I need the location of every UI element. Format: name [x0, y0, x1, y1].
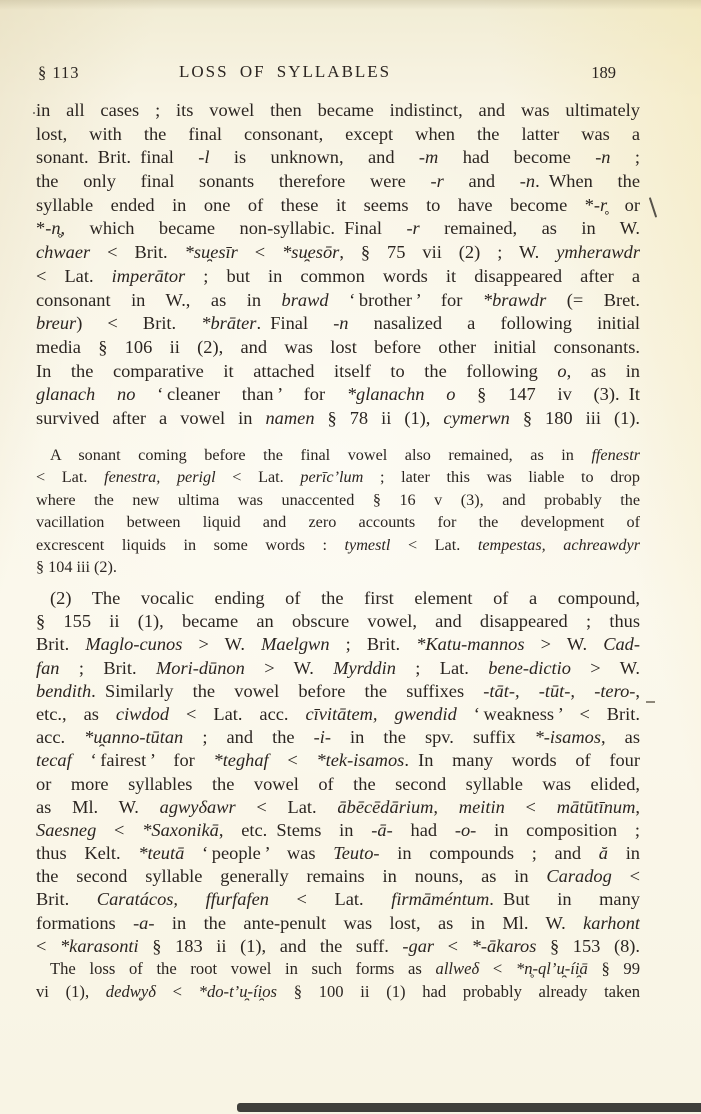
text-line: tecaf ‘ fairest ’ for *teghaf < *tek-isa…	[36, 749, 640, 772]
text-line: the second syllable generally remains in…	[36, 865, 640, 888]
text-run: The loss of the root vowel in such forms…	[50, 959, 436, 978]
text-run: . Similarly the vowel before the suffixe…	[91, 681, 483, 701]
text-run: A sonant coming before the final vowel a…	[50, 446, 591, 464]
text-line: vacillation between liquid and zero acco…	[36, 511, 640, 533]
italic-text-run: *glanachn o	[347, 384, 456, 404]
text-run: § 100 ii (1) had probably already taken	[277, 982, 640, 1001]
text-run: < Brit.	[90, 242, 185, 262]
italic-text-run: tempestas, achreawdyr	[478, 536, 640, 554]
text-line: sonant. Brit. final -l is unknown, and -…	[36, 146, 640, 170]
text-run: is unknown, and	[210, 147, 419, 167]
text-run: <	[479, 959, 516, 978]
text-run: vi (1),	[36, 982, 106, 1001]
text-run: in the spv. suffix	[331, 727, 535, 747]
text-run: acc.	[36, 727, 84, 747]
text-line: syllable ended in one of these it seems …	[36, 194, 640, 218]
text-line: where the new ultima was unaccented § 16…	[36, 489, 640, 511]
text-line: fan ; Brit. Mori-dūnon > W. Myrddin ; La…	[36, 657, 640, 680]
stray-dot-mark	[33, 112, 35, 114]
para-2: A sonant coming before the final vowel a…	[36, 444, 640, 578]
italic-text-run: -l	[198, 147, 209, 167]
text-run: <	[156, 982, 199, 1001]
italic-text-run: brawd	[282, 290, 329, 310]
italic-text-run: namen	[265, 408, 314, 428]
italic-text-run: Myrddin	[333, 658, 396, 678]
italic-text-run: -r̥	[594, 195, 607, 215]
text-line: media § 106 ii (2), and was lost before …	[36, 336, 640, 360]
italic-text-run: *n̥-ql’u̯-íi̯ā	[516, 959, 588, 978]
italic-text-run: dedw̥yδ	[106, 982, 156, 1001]
italic-text-run: -r	[430, 171, 443, 191]
text-line: in all cases ; its vowel then became ind…	[36, 99, 640, 123]
text-run: ‘ fairest ’ for	[72, 750, 214, 770]
italic-text-run: *Saxonikā	[142, 820, 219, 840]
text-line: the only final sonants therefore were -r…	[36, 170, 640, 194]
text-run: formations	[36, 913, 133, 933]
text-run: > W.	[571, 658, 640, 678]
text-run: ‘ cleaner than ’ for	[135, 384, 346, 404]
text-run: sonant. Brit. final	[36, 147, 198, 167]
text-line: (2) The vocalic ending of the first elem…	[36, 587, 640, 610]
italic-text-run: allweδ	[436, 959, 480, 978]
text-run: as Ml. W.	[36, 797, 160, 817]
text-run: thus Kelt.	[36, 843, 138, 863]
text-run: in all cases ; its vowel then became ind…	[36, 100, 640, 120]
text-run: <	[505, 797, 557, 817]
italic-text-run: ymherawdr	[556, 242, 640, 262]
text-run: ‘ people ’ was	[184, 843, 333, 863]
italic-text-run: cīvitātem, gwendid	[305, 704, 456, 724]
italic-text-run: *teutā	[138, 843, 184, 863]
text-run: in the ante-penult was lost, as in Ml. W…	[155, 913, 584, 933]
text-run: remained, as in W.	[420, 218, 640, 238]
text-run: > W.	[182, 634, 261, 654]
text-line: Saesneg < *Saxonikā, etc. Stems in -ā- h…	[36, 819, 640, 842]
text-run: <	[434, 936, 472, 956]
text-run: etc., as	[36, 704, 116, 724]
text-line: breur) < Brit. *brāter. Final -n nasaliz…	[36, 312, 640, 336]
text-run: ; and the	[183, 727, 313, 747]
text-run: lost, with the final consonant, except w…	[36, 124, 640, 144]
text-run: ; Brit.	[330, 634, 417, 654]
text-line: or more syllables the vowel of the secon…	[36, 773, 640, 796]
text-run: § 104 iii (2).	[36, 558, 117, 576]
italic-text-run: Mori-dūnon	[156, 658, 245, 678]
text-run: <	[612, 866, 640, 886]
text-run: ,	[635, 797, 640, 817]
italic-text-run: *Katu-mannos	[416, 634, 524, 654]
italic-text-run: Saesneg	[36, 820, 96, 840]
text-run: <	[269, 750, 317, 770]
text-run: (= Bret.	[546, 290, 640, 310]
text-run: ,	[635, 681, 640, 701]
stray-slash-mark	[649, 197, 657, 217]
italic-text-run: karhont	[583, 913, 640, 933]
italic-text-run: -tāt-, -tūt-, -tero-	[483, 681, 635, 701]
italic-text-run: *brawdr	[483, 290, 546, 310]
italic-text-run: ciwdod	[116, 704, 169, 724]
italic-text-run: tymestl	[345, 536, 391, 554]
text-line: vi (1), dedw̥yδ < *do-t’u̯-íi̯os § 100 i…	[36, 980, 640, 1003]
text-run: § 180 iii (1).	[510, 408, 640, 428]
italic-text-run: *brāter	[201, 313, 256, 333]
text-run: had	[393, 820, 455, 840]
italic-text-run: Maglo-cunos	[85, 634, 182, 654]
text-run: , as	[601, 727, 640, 747]
italic-text-run: Caratácos, ffurfafen	[97, 889, 269, 909]
para-3: (2) The vocalic ending of the first elem…	[36, 587, 640, 958]
text-run: > W.	[245, 658, 333, 678]
text-run: . Final	[256, 313, 333, 333]
italic-text-run: perīc’lum	[300, 468, 363, 486]
text-run: *	[36, 218, 45, 238]
text-run: consonant in W., as in	[36, 290, 282, 310]
italic-text-run: Teuto-	[333, 843, 379, 863]
text-line: thus Kelt. *teutā ‘ people ’ was Teuto- …	[36, 842, 640, 865]
text-line: < Lat. imperātor ; but in common words i…	[36, 265, 640, 289]
text-run: § 78 ii (1),	[315, 408, 444, 428]
text-line: formations -a- in the ante-penult was lo…	[36, 912, 640, 935]
text-run: in composition ;	[476, 820, 640, 840]
text-run: < Lat.	[36, 266, 112, 286]
text-run: , as in	[567, 361, 640, 381]
italic-text-run: -n̥	[45, 218, 60, 238]
text-line: § 104 iii (2).	[36, 556, 640, 578]
text-run: ) < Brit.	[76, 313, 201, 333]
text-line: *-n̥, which became non-syllabic. Final -…	[36, 217, 640, 241]
text-line: as Ml. W. agwyδawr < Lat. ābēcēdārium, m…	[36, 796, 640, 819]
text-run: , § 75 vii (2) ; W.	[339, 242, 556, 262]
italic-text-run: -i-	[314, 727, 331, 747]
text-line: § 155 ii (1), became an obscure vowel, a…	[36, 610, 640, 633]
text-run: < Lat.	[269, 889, 391, 909]
text-run: . When the	[535, 171, 640, 191]
stray-dash-mark	[646, 701, 655, 703]
text-run: § 99	[588, 959, 640, 978]
text-line: etc., as ciwdod < Lat. acc. cīvitātem, g…	[36, 703, 640, 726]
text-run: vacillation between liquid and zero acco…	[36, 513, 640, 531]
text-run: or	[607, 195, 640, 215]
italic-text-run: -m	[419, 147, 438, 167]
italic-text-run: *su̯esōr	[282, 242, 339, 262]
text-run: excrescent liquids in some words :	[36, 536, 345, 554]
book-page-scan: § 113 LOSS OF SYLLABLES 189 in all cases…	[0, 0, 701, 1114]
text-run: § 153 (8).	[536, 936, 640, 956]
text-run: ; but in common words it disappeared aft…	[185, 266, 640, 286]
italic-text-run: imperātor	[112, 266, 186, 286]
italic-text-run: -n	[595, 147, 610, 167]
italic-text-run: *su̯esīr	[185, 242, 238, 262]
italic-text-run: *-ākaros	[472, 936, 537, 956]
italic-text-run: -ā-	[371, 820, 392, 840]
text-line: survived after a vowel in namen § 78 ii …	[36, 407, 640, 431]
text-run: < Lat. acc.	[169, 704, 305, 724]
italic-text-run: tecaf	[36, 750, 72, 770]
italic-text-run: mātūtīnum	[557, 797, 636, 817]
text-run: ; later this was liable to drop	[363, 468, 640, 486]
italic-text-run: cymerwn	[443, 408, 509, 428]
text-run: (2) The vocalic ending of the first elem…	[50, 588, 640, 608]
italic-text-run: Maelgwn	[261, 634, 329, 654]
text-run: ;	[611, 147, 640, 167]
text-run: In the comparative it attached itself to…	[36, 361, 557, 381]
italic-text-run: -gar	[402, 936, 434, 956]
text-line: consonant in W., as in brawd ‘ brother ’…	[36, 289, 640, 313]
italic-text-run: ffenestr	[591, 446, 640, 464]
text-line: The loss of the root vowel in such forms…	[36, 957, 640, 980]
italic-text-run: Caradog	[546, 866, 611, 886]
text-run: in compounds ; and	[380, 843, 599, 863]
italic-text-run: *-isamos	[535, 727, 601, 747]
italic-text-run: bendith	[36, 681, 91, 701]
text-run: Brit.	[36, 634, 85, 654]
text-run: Brit.	[36, 889, 97, 909]
italic-text-run: ābēcēdārium, meitin	[337, 797, 504, 817]
section-number: § 113	[38, 63, 80, 83]
italic-text-run: chwaer	[36, 242, 90, 262]
text-line: In the comparative it attached itself to…	[36, 360, 640, 384]
italic-text-run: -n	[520, 171, 535, 191]
italic-text-run: glanach no	[36, 384, 135, 404]
italic-text-run: *tek-isamos	[316, 750, 404, 770]
italic-text-run: -a-	[133, 913, 154, 933]
text-run: <	[238, 242, 282, 262]
italic-text-run: -o-	[455, 820, 476, 840]
italic-text-run: firmāméntum	[391, 889, 489, 909]
text-run: < Lat.	[236, 797, 338, 817]
text-run: , etc. Stems in	[219, 820, 371, 840]
text-run: ; Lat.	[396, 658, 488, 678]
text-run: syllable ended in one of these it seems …	[36, 195, 594, 215]
text-run: nasalized a following initial	[349, 313, 640, 333]
text-run: had become	[438, 147, 595, 167]
italic-text-run: fenestra, perigl	[104, 468, 216, 486]
text-run: in	[608, 843, 640, 863]
italic-text-run: *teghaf	[214, 750, 269, 770]
text-run: § 147 iv (3). It	[455, 384, 640, 404]
text-run: . But in many	[489, 889, 640, 909]
italic-text-run: agwyδawr	[160, 797, 236, 817]
text-line: Brit. Maglo-cunos > W. Maelgwn ; Brit. *…	[36, 633, 640, 656]
italic-text-run: fan	[36, 658, 60, 678]
text-run: ; Brit.	[60, 658, 156, 678]
text-line: < *karasonti § 183 ii (1), and the suff.…	[36, 935, 640, 958]
text-run: § 155 ii (1), became an obscure vowel, a…	[36, 611, 640, 631]
text-line: lost, with the final consonant, except w…	[36, 123, 640, 147]
italic-text-run: *karasonti	[60, 936, 139, 956]
text-line: < Lat. fenestra, perigl < Lat. perīc’lum…	[36, 466, 640, 488]
italic-text-run: breur	[36, 313, 76, 333]
text-run: < Lat.	[390, 536, 477, 554]
text-run: § 183 ii (1), and the suff.	[139, 936, 403, 956]
text-run: survived after a vowel in	[36, 408, 265, 428]
page-header: § 113 LOSS OF SYLLABLES 189	[36, 62, 640, 86]
text-line: glanach no ‘ cleaner than ’ for *glanach…	[36, 383, 640, 407]
italic-text-run: Cad-	[603, 634, 640, 654]
text-run: < Lat.	[216, 468, 301, 486]
text-run: < Lat.	[36, 468, 104, 486]
text-run: and	[444, 171, 520, 191]
para-4: The loss of the root vowel in such forms…	[36, 957, 640, 1003]
para-1: in all cases ; its vowel then became ind…	[36, 99, 640, 431]
text-run: where the new ultima was unaccented § 16…	[36, 491, 640, 509]
text-run: the only final sonants therefore were	[36, 171, 430, 191]
page-number: 189	[591, 63, 616, 83]
text-line: acc. *u̯anno-tūtan ; and the -i- in the …	[36, 726, 640, 749]
text-run: or more syllables the vowel of the secon…	[36, 774, 640, 794]
text-run: <	[36, 936, 60, 956]
text-run: > W.	[525, 634, 604, 654]
text-run: ‘ brother ’ for	[329, 290, 483, 310]
italic-text-run: ă	[599, 843, 608, 863]
text-line: excrescent liquids in some words : tymes…	[36, 534, 640, 556]
italic-text-run: *u̯anno-tūtan	[84, 727, 183, 747]
italic-text-run: -n	[333, 313, 348, 333]
text-line: A sonant coming before the final vowel a…	[36, 444, 640, 466]
text-run: ‘ weakness ’ < Brit.	[457, 704, 640, 724]
text-run: media § 106 ii (2), and was lost before …	[36, 337, 640, 357]
italic-text-run: *do-t’u̯-íi̯os	[199, 982, 277, 1001]
text-line: Brit. Caratácos, ffurfafen < Lat. firmām…	[36, 888, 640, 911]
text-run: the second syllable generally remains in…	[36, 866, 546, 886]
italic-text-run: bene-dictio	[488, 658, 571, 678]
text-run: . In many words of four	[404, 750, 640, 770]
text-run: <	[96, 820, 142, 840]
running-title: LOSS OF SYLLABLES	[179, 62, 391, 82]
scanner-bottom-bar	[237, 1103, 701, 1112]
italic-text-run: o	[557, 361, 566, 381]
italic-text-run: -r	[406, 218, 419, 238]
text-line: bendith. Similarly the vowel before the …	[36, 680, 640, 703]
text-run: , which became non-syllabic. Final	[61, 218, 407, 238]
text-line: chwaer < Brit. *su̯esīr < *su̯esōr, § 75…	[36, 241, 640, 265]
